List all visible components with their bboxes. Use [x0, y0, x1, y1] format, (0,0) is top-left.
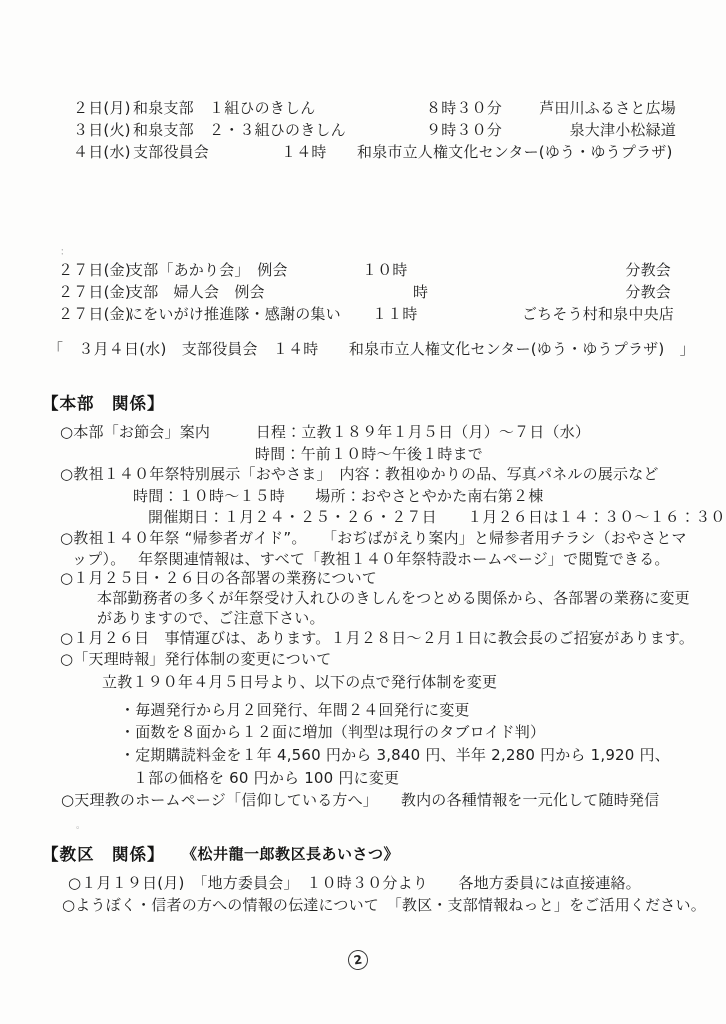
kyoku-line: ○ようぼく・信者の方への情報の伝達について 「教区・支部情報ねっと」をご活用くだ…: [62, 897, 706, 914]
honbu-line: ○天理教のホームページ「信仰している方へ」 教内の各種情報を一元化して随時発信: [61, 792, 659, 809]
schedule-event: にをいがけ推進隊・感謝の集い: [128, 306, 341, 323]
honbu-line: ップ）。 年祭関連情報は、すべて「教祖１４０年祭特設ホームページ」で閲覧できる。: [72, 551, 670, 568]
schedule-event: 支部 婦人会 例会: [128, 284, 265, 301]
schedule-date: ４日(水): [73, 144, 131, 161]
honbu-line: 時間：１０時～１５時 場所：おやさとやかた南右第２棟: [133, 488, 543, 505]
schedule-place: 泉大津小松緑道: [570, 122, 676, 139]
schedule-date: ２７日(金): [58, 284, 131, 301]
march-meeting-note: 「 ３月４日(水) 支部役員会 １４時 和泉市立人権文化センター(ゆう・ゆうプラ…: [48, 341, 695, 358]
scan-artifact: ：: [60, 243, 70, 258]
honbu-line: ・毎週発行から月２回発行、年間２４回発行に変更: [120, 702, 470, 719]
schedule-time: ８時３０分: [426, 100, 502, 117]
kyoku-section-heading: 【教区 関係】: [42, 841, 165, 865]
honbu-line: 時間：午前１０時～午後１時まで: [255, 446, 483, 463]
page-number-value: 2: [353, 952, 363, 967]
schedule-place: ごちそう村和泉中央店: [522, 306, 674, 323]
honbu-line: ○教祖１４０年祭 “帰参者ガイド”。 「おぢばがえり案内」と帰参者用チラシ（おや…: [60, 530, 687, 547]
honbu-line: 本部勤務者の多くが年祭受け入れひのきしんをつとめる関係から、各部署の業務に変更: [97, 590, 690, 607]
schedule-time: ９時３０分: [426, 122, 502, 139]
schedule-time: 時: [413, 284, 428, 301]
schedule-time: １０時: [362, 262, 408, 279]
page-number: 2: [347, 949, 370, 972]
honbu-line: ○１月２５日・２６日の各部署の業務について: [60, 570, 377, 587]
honbu-line: ○教祖１４０年祭特別展示「おやさま」 内容：教祖ゆかりの品、写真パネルの展示など: [60, 466, 659, 483]
schedule-place: 和泉市立人権文化センター(ゆう・ゆうプラザ): [357, 144, 673, 161]
honbu-line: １部の価格を 60 円から 100 円に変更: [133, 770, 399, 787]
honbu-line: ○本部「お節会」案内 日程：立教１８９年１月５日（月）～７日（水）: [60, 424, 590, 441]
schedule-time: １４時: [281, 144, 327, 161]
schedule-date: ２７日(金): [58, 262, 131, 279]
schedule-date: ２日(月): [73, 100, 131, 117]
honbu-line: ・定期購読料金を１年 4,560 円から 3,840 円、半年 2,280 円か…: [120, 747, 670, 764]
honbu-line: 開催期日：１月２４・２５・２６・２７日 １月２６日は１４：３０～１６：３０: [148, 509, 726, 526]
honbu-line: 立教１９０年４月５日号より、以下の点で発行体制を変更: [102, 674, 497, 691]
schedule-place: 分教会: [625, 262, 671, 279]
schedule-place: 分教会: [625, 284, 671, 301]
honbu-line: がありますので、ご注意下さい。: [97, 610, 325, 627]
schedule-date: ３日(火): [73, 122, 131, 139]
kyoku-line: ○１月１９日(月) 「地方委員会」 １０時３０分より 各地方委員には直接連絡。: [68, 875, 641, 892]
schedule-event: 支部「あかり会」 例会: [128, 262, 288, 279]
schedule-event: 和泉支部 ２・３組ひのきしん: [133, 122, 346, 139]
honbu-line: ○「天理時報」発行体制の変更について: [60, 651, 331, 668]
honbu-line: ○１月２６日 事情運びは、あります。１月２８日～２月１日に教会長のご招宴がありま…: [60, 630, 694, 647]
scan-artifact: 。: [76, 818, 85, 831]
honbu-section-heading: 【本部 関係】: [42, 390, 165, 414]
schedule-time: １１時: [372, 306, 418, 323]
scanned-newsletter-page: ２日(月) 和泉支部 １組ひのきしん ８時３０分 芦田川ふるさと広場 ３日(火)…: [0, 0, 726, 1024]
schedule-event: 支部役員会: [133, 144, 209, 161]
kyoku-section-subheading: 《松井龍一郎教区長あいさつ》: [182, 843, 399, 864]
schedule-date: ２７日(金): [58, 306, 131, 323]
honbu-line: ・面数を８面から１２面に増加（判型は現行のタブロイド判）: [120, 724, 545, 741]
schedule-event: 和泉支部 １組ひのきしん: [133, 100, 315, 117]
schedule-place: 芦田川ふるさと広場: [539, 100, 676, 117]
